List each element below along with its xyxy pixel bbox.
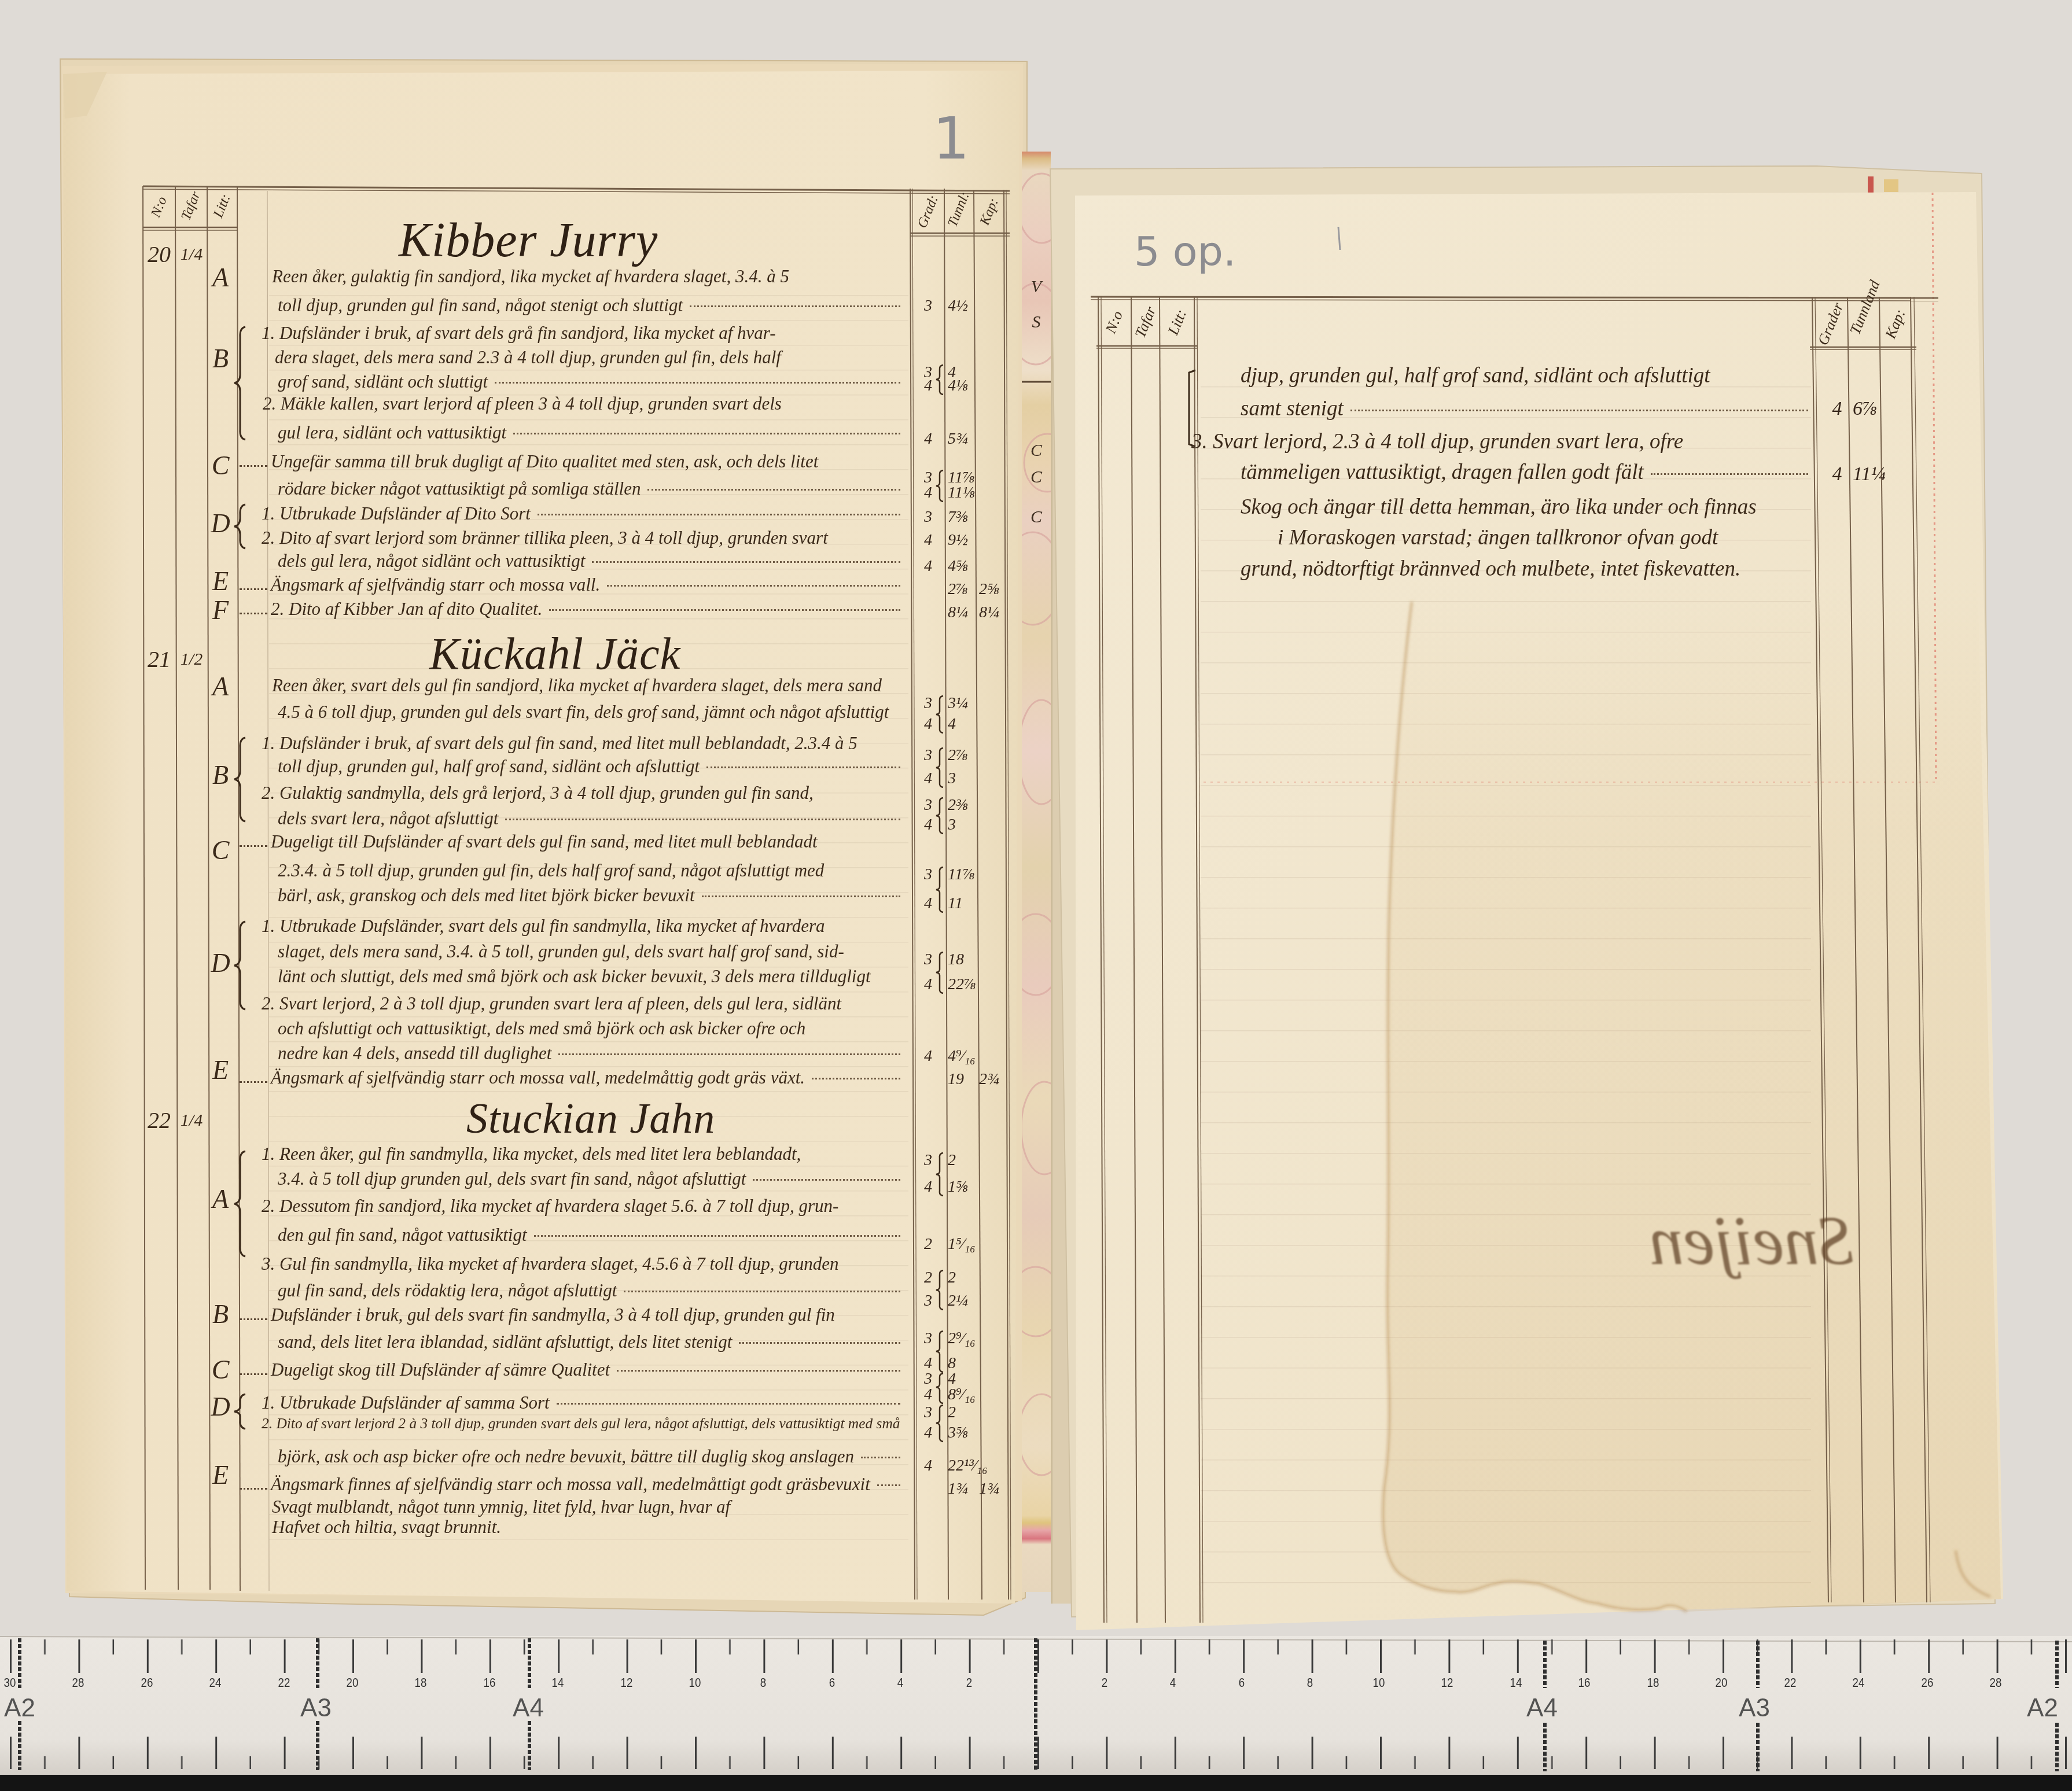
litt-letter: A <box>206 1183 235 1215</box>
litt-letter: E <box>206 1054 235 1086</box>
text-line: länt och sluttigt, dels med små björk oc… <box>278 964 900 989</box>
kap-value: 2¾ <box>979 1070 999 1089</box>
text-line: 2. Dito af Kibber Jan af dito Qualitet. <box>271 596 900 622</box>
dotted-leader <box>505 819 900 820</box>
ruler-number: 8 <box>753 1675 773 1690</box>
line-text: 2. Dito af svart lerjord som bränner til… <box>262 525 828 551</box>
dotted-leader <box>1350 410 1808 411</box>
dotted-leader <box>624 1291 900 1292</box>
tunnl-value: 9½ <box>948 530 968 550</box>
leader-dashes <box>240 588 267 590</box>
grad-value: 4 <box>919 376 937 396</box>
text-line: toll djup, grunden gul fin sand, något s… <box>278 293 900 318</box>
section-number: 22 <box>142 1106 176 1135</box>
tunnl-value: 1⁵⁄₁₆ <box>948 1234 976 1254</box>
tunnl-value: 2⅜ <box>948 795 968 815</box>
tunnl-value: 19 <box>948 1070 964 1089</box>
text-line: Ängsmark af sjelfvändig starr och mossa … <box>271 572 900 598</box>
tunnl-value: 2⅞ <box>948 746 968 765</box>
leader-dashes <box>240 1318 267 1320</box>
line-text: den gul fin sand, något vattusiktigt <box>278 1222 527 1248</box>
paper-format-label: A4 <box>1519 1694 1565 1723</box>
text-line: 1. Utbrukade Dufsländer af Dito Sort <box>262 501 900 526</box>
line-text: dels gul lera, något sidlänt och vattusi… <box>278 548 585 574</box>
ruler-number: 20 <box>343 1675 362 1690</box>
text-line: 3. Gul fin sandmylla, lika mycket af hva… <box>262 1251 900 1277</box>
grad-value: 4 <box>919 894 937 913</box>
line-text: Ängsmark finnes af sjelfvändig starr och… <box>271 1472 870 1497</box>
text-line: nedre kan 4 dels, ansedd till duglighet <box>278 1041 900 1066</box>
litt-letter: E <box>206 565 235 598</box>
leader-dashes <box>240 1081 267 1083</box>
dotted-leader <box>557 1403 900 1405</box>
tunnl-value: 4⅛ <box>948 376 968 396</box>
text-line: 2. Gulaktig sandmylla, dels grå lerjord,… <box>262 780 900 806</box>
tunnl-value: 3⅝ <box>948 1423 968 1443</box>
grad-value: 2 <box>919 1234 937 1254</box>
grad-value: 4 <box>919 714 937 734</box>
tunnl-value: 2⅞ <box>948 580 968 599</box>
dotted-leader <box>617 1370 900 1372</box>
ruler-number: 28 <box>1986 1675 2005 1690</box>
text-line: Reen åker, gulaktig fin sandjord, lika m… <box>272 264 900 289</box>
litt-letter: C <box>206 449 235 482</box>
line-text: 2. Svart lerjord, 2 à 3 toll djup, grund… <box>262 991 841 1016</box>
paper-format-label: A2 <box>2019 1694 2066 1723</box>
map-label: C <box>1028 507 1045 528</box>
kap-value: 2⅝ <box>979 580 999 599</box>
text-line: björk, ask och asp bicker ofre och nedre… <box>278 1444 900 1469</box>
line-text: 2. Dito af Kibber Jan af dito Qualitet. <box>271 596 542 622</box>
text-line: 1. Utbrukade Dufsländer, svart dels gul … <box>262 913 900 939</box>
text-line: Ängsmark finnes af sjelfvändig starr och… <box>271 1472 900 1497</box>
paper-format-label: A3 <box>1731 1694 1777 1723</box>
line-text: gul lera, sidlänt och vattusiktigt <box>278 420 506 445</box>
line-text: Dufsländer i bruk, gul dels svart fin sa… <box>271 1302 835 1328</box>
litt-letter: A <box>206 261 235 294</box>
text-line: 2. Mäkle kallen, svart lerjord af pleen … <box>263 391 900 417</box>
ruler-number: 6 <box>1232 1675 1252 1690</box>
grad-value: 4 <box>919 1385 937 1405</box>
tunnl-value: 2⁹⁄₁₆ <box>948 1329 976 1348</box>
grad-value: 4 <box>919 530 937 550</box>
tunnl-value: 2 <box>948 1268 956 1288</box>
grad-value: 4 <box>919 769 937 788</box>
pencil-note: 5 op. <box>1134 229 1236 275</box>
litt-letter: B <box>206 342 235 375</box>
ruler-number: 26 <box>137 1675 157 1690</box>
tunnl-value: 4⅝ <box>948 557 968 576</box>
text-line: Dugeligt skog till Dufsländer af sämre Q… <box>271 1357 900 1383</box>
ruler-number: 4 <box>890 1675 910 1690</box>
line-text: 3. Svart lerjord, 2.3 à 4 toll djup, gru… <box>1191 428 1683 456</box>
dotted-leader <box>592 561 900 563</box>
tunnl-value: 4 <box>948 714 956 734</box>
line-text: länt och sluttigt, dels med små björk oc… <box>278 964 871 989</box>
text-line: 1. Dufsländer i bruk, af svart dels gul … <box>262 731 900 756</box>
ruler-number: 24 <box>205 1675 225 1690</box>
text-line: grund, nödtorftigt brännved och mulbete,… <box>1241 555 1808 584</box>
tunnl-value: 22¹³⁄₁₆ <box>948 1456 988 1476</box>
line-text: bärl, ask, granskog och dels med litet b… <box>278 883 695 908</box>
line-text: Hafvet och hiltia, svagt brunnit. <box>272 1514 501 1540</box>
dotted-leader <box>534 1235 900 1237</box>
line-text: 2. Mäkle kallen, svart lerjord af pleen … <box>263 391 782 417</box>
line-text: björk, ask och asp bicker ofre och nedre… <box>278 1444 854 1469</box>
grad-value: 4 <box>1827 463 1847 486</box>
tunnl-value: 2 <box>948 1151 956 1170</box>
line-text: dera slaget, dels mera sand 2.3 à 4 toll… <box>275 345 781 370</box>
text-line: slaget, dels mera sand, 3.4. à 5 toll, g… <box>278 939 900 964</box>
line-text: 2. Dessutom fin sandjord, lika mycket af… <box>262 1193 838 1219</box>
dotted-leader <box>877 1484 900 1486</box>
text-line: Ungefär samma till bruk dugligt af Dito … <box>271 449 900 474</box>
grad-value: 3 <box>919 296 937 316</box>
kap-value: 8¼ <box>979 603 999 622</box>
text-line: samt stenigt <box>1241 395 1808 423</box>
text-line: Reen åker, svart dels gul fin sandjord, … <box>272 673 900 698</box>
line-text: djup, grunden gul, half grof sand, sidlä… <box>1241 362 1710 390</box>
ruler-number: 2 <box>959 1675 979 1690</box>
line-text: 2. Dito af svart lerjord 2 à 3 toll djup… <box>262 1411 900 1436</box>
tunnl-value: 2 <box>948 1403 956 1423</box>
tunnl-value: 3¼ <box>948 694 968 713</box>
leader-dashes <box>240 613 267 614</box>
ruler-number: 4 <box>1163 1675 1183 1690</box>
line-text: 3.4. à 5 toll djup grunden gul, dels sva… <box>278 1166 746 1192</box>
scanner-bed-edge <box>0 1775 2072 1791</box>
grad-value: 2 <box>919 1268 937 1288</box>
grad-value: 3 <box>919 1291 937 1311</box>
line-text: slaget, dels mera sand, 3.4. à 5 toll, g… <box>278 939 844 964</box>
ruler-number: 18 <box>1643 1675 1663 1690</box>
text-line: Ängsmark af sjelfvändig starr och mossa … <box>271 1065 900 1090</box>
text-line: 2. Svart lerjord, 2 à 3 toll djup, grund… <box>262 991 900 1016</box>
grad-value: 4 <box>919 1177 937 1197</box>
dotted-leader <box>549 609 900 611</box>
text-line: 2. Dito af svart lerjord som bränner til… <box>262 525 900 551</box>
ruler-number: 2 <box>1095 1675 1114 1690</box>
ruler-number: 20 <box>1712 1675 1731 1690</box>
tunnl-value: 6⅞ <box>1853 397 1878 421</box>
dotted-leader <box>739 1342 900 1344</box>
ruler-number: 10 <box>1369 1675 1389 1690</box>
text-line: 4.5 à 6 toll djup, grunden gul dels svar… <box>278 699 900 725</box>
grad-value: 4 <box>1827 397 1847 421</box>
text-line: 2.3.4. à 5 toll djup, grunden gul fin, d… <box>278 858 900 883</box>
section-number: 20 <box>142 240 176 269</box>
ruler-number: 12 <box>1437 1675 1457 1690</box>
dotted-leader <box>706 766 900 768</box>
litt-letter: B <box>206 759 235 791</box>
grad-value: 3 <box>919 1151 937 1170</box>
dotted-leader <box>753 1179 900 1181</box>
tunnl-value: 2¼ <box>948 1291 968 1311</box>
text-line: Dufsländer i bruk, gul dels svart fin sa… <box>271 1302 900 1328</box>
grad-value: 4 <box>919 815 937 835</box>
text-line: dera slaget, dels mera sand 2.3 à 4 toll… <box>275 345 900 370</box>
ruler-number: 18 <box>411 1675 430 1690</box>
text-line: 1. Dufsländer i bruk, af svart dels grå … <box>262 320 900 346</box>
pencil-page-number: 1 <box>933 107 970 171</box>
litt-letter: D <box>206 947 235 979</box>
map-label: C <box>1028 440 1045 461</box>
tunnl-value: 18 <box>948 950 964 970</box>
paper-format-label: A4 <box>505 1694 551 1723</box>
line-text: 1. Utbrukade Dufsländer, svart dels gul … <box>262 913 825 939</box>
ruler-number: 14 <box>1506 1675 1526 1690</box>
section-title: Stuckian Jahn <box>466 1090 715 1148</box>
line-text: sand, dels litet lera iblandad, sidlänt … <box>278 1329 732 1355</box>
line-text: Dugeligt till Dufsländer af svart dels g… <box>271 829 818 854</box>
line-text: Reen åker, gulaktig fin sandjord, lika m… <box>272 264 789 289</box>
grad-value: 4 <box>919 557 937 576</box>
tunnl-value: 3 <box>948 815 956 835</box>
tunnl-value: 11¼ <box>1853 463 1886 486</box>
tunnl-value: 11⅞ <box>948 865 975 885</box>
dotted-leader <box>812 1078 900 1079</box>
text-line: gul fin sand, dels rödaktig lera, något … <box>278 1278 900 1303</box>
text-line: gul lera, sidlänt och vattusiktigt <box>278 420 900 445</box>
ruler-number: 26 <box>1918 1675 1937 1690</box>
ruler-number: 24 <box>1849 1675 1868 1690</box>
dotted-leader <box>861 1457 900 1458</box>
line-text: rödare bicker något vattusiktigt på soml… <box>278 476 641 502</box>
text-line: tämmeligen vattusiktigt, dragen fallen g… <box>1241 458 1808 487</box>
line-text: 3. Gul fin sandmylla, lika mycket af hva… <box>262 1251 839 1277</box>
ruler-number: 30 <box>0 1675 20 1690</box>
grad-value: 3 <box>919 507 937 527</box>
grad-value: 4 <box>919 429 937 449</box>
line-text: 2.3.4. à 5 toll djup, grunden gul fin, d… <box>278 858 824 883</box>
ruler-number: 10 <box>685 1675 705 1690</box>
line-text: Dugeligt skog till Dufsländer af sämre Q… <box>271 1357 610 1383</box>
line-text: toll djup, grunden gul fin sand, något s… <box>278 293 683 318</box>
text-line: och afsluttigt och vattusiktigt, dels me… <box>278 1016 900 1041</box>
text-line: i Moraskogen varstad; ängen tallkronor o… <box>1278 524 1808 552</box>
line-text: tämmeligen vattusiktigt, dragen fallen g… <box>1241 458 1644 487</box>
text-line: 2. Dessutom fin sandjord, lika mycket af… <box>262 1193 900 1219</box>
tunnl-value: 4⁹⁄₁₆ <box>948 1046 976 1066</box>
grad-value: 3 <box>919 746 937 765</box>
leader-dashes <box>240 845 267 847</box>
grad-value: 4 <box>919 975 937 994</box>
text-line: rödare bicker något vattusiktigt på soml… <box>278 476 900 502</box>
tunnl-value: 1⅝ <box>948 1177 968 1197</box>
line-text: dels svart lera, något afsluttigt <box>278 806 498 831</box>
dotted-leader <box>538 514 900 515</box>
text-line: sand, dels litet lera iblandad, sidlänt … <box>278 1329 900 1355</box>
ruler-number: 6 <box>822 1675 842 1690</box>
text-line: dels gul lera, något sidlänt och vattusi… <box>278 548 900 574</box>
litt-letter: F <box>206 594 235 627</box>
section-number: 21 <box>142 645 176 674</box>
text-line: den gul fin sand, något vattusiktigt <box>278 1222 900 1248</box>
water-stain <box>1383 578 2001 1612</box>
section-share: 1/4 <box>176 243 207 266</box>
dotted-leader <box>607 585 900 587</box>
grad-value: 3 <box>919 1329 937 1348</box>
line-text: i Moraskogen varstad; ängen tallkronor o… <box>1278 524 1718 552</box>
grad-value: 3 <box>919 865 937 885</box>
litt-letter: A <box>206 670 235 703</box>
dotted-leader <box>647 489 900 491</box>
tunnl-value: 22⅞ <box>948 975 976 994</box>
line-text: 1. Reen åker, gul fin sandmylla, lika my… <box>262 1141 801 1167</box>
ruler-number: 28 <box>68 1675 88 1690</box>
text-line: 1. Reen åker, gul fin sandmylla, lika my… <box>262 1141 900 1167</box>
tunnl-value: 1¾ <box>948 1479 968 1499</box>
map-label: V <box>1028 277 1045 297</box>
line-text: Ängsmark af sjelfvändig starr och mossa … <box>271 572 600 598</box>
dotted-leader <box>1651 473 1808 475</box>
text-line: Dugeligt till Dufsländer af svart dels g… <box>271 829 900 854</box>
grad-value: 4 <box>919 1046 937 1066</box>
text-line: djup, grunden gul, half grof sand, sidlä… <box>1241 362 1808 390</box>
text-line: Skog och ängar till detta hemman, äro li… <box>1241 493 1808 522</box>
dotted-leader <box>513 433 900 434</box>
dotted-leader <box>558 1053 900 1055</box>
grad-value: 3 <box>919 1403 937 1423</box>
text-line: dels svart lera, något afsluttigt <box>278 806 900 831</box>
litt-letter: D <box>206 1391 235 1423</box>
ruler-number: 14 <box>548 1675 568 1690</box>
tunnl-value: 8¼ <box>948 603 968 622</box>
litt-letter: C <box>206 834 235 867</box>
grad-value: 3 <box>919 950 937 970</box>
line-text: grund, nödtorftigt brännved och mulbete,… <box>1241 555 1740 584</box>
map-label: C <box>1028 467 1045 488</box>
paper-format-label: A3 <box>293 1694 339 1723</box>
line-text: 1. Dufsländer i bruk, af svart dels grå … <box>262 320 776 346</box>
grad-value: 4 <box>919 483 937 503</box>
leader-dashes <box>240 465 267 467</box>
leader-dashes <box>240 1373 267 1375</box>
dotted-leader <box>702 895 900 897</box>
ruler-number: 22 <box>274 1675 294 1690</box>
text-line: toll djup, grunden gul, half grof sand, … <box>278 754 900 779</box>
kap-value: 1¾ <box>979 1479 999 1499</box>
map-label: S <box>1028 312 1045 333</box>
line-text: 2. Gulaktig sandmylla, dels grå lerjord,… <box>262 780 814 806</box>
tunnl-value: 8⁹⁄₁₆ <box>948 1385 976 1405</box>
line-text: nedre kan 4 dels, ansedd till duglighet <box>278 1041 551 1066</box>
text-line: Hafvet och hiltia, svagt brunnit. <box>272 1514 900 1540</box>
litt-letter: C <box>206 1354 235 1386</box>
text-line: 2. Dito af svart lerjord 2 à 3 toll djup… <box>262 1411 900 1436</box>
dotted-leader <box>690 305 900 307</box>
ruler-number: 12 <box>617 1675 636 1690</box>
text-line: 3.4. à 5 toll djup grunden gul, dels sva… <box>278 1166 900 1192</box>
line-text: Ungefär samma till bruk dugligt af Dito … <box>271 449 818 474</box>
text-line: 3. Svart lerjord, 2.3 à 4 toll djup, gru… <box>1191 428 1808 456</box>
ruler-number: 22 <box>1780 1675 1800 1690</box>
line-text: 4.5 à 6 toll djup, grunden gul dels svar… <box>278 699 889 725</box>
section-title: Kibber Jurry <box>399 212 658 270</box>
line-text: toll djup, grunden gul, half grof sand, … <box>278 754 700 779</box>
litt-letter: E <box>206 1459 235 1491</box>
line-text: 1. Utbrukade Dufsländer af Dito Sort <box>262 501 531 526</box>
tunnl-value: 11 <box>948 894 963 913</box>
litt-letter: D <box>206 507 235 540</box>
tunnl-value: 4½ <box>948 296 968 316</box>
line-text: Ängsmark af sjelfvändig starr och mossa … <box>271 1065 805 1090</box>
grad-value: 3 <box>919 795 937 815</box>
ruler-number: 16 <box>1574 1675 1594 1690</box>
tunnl-value: 11⅛ <box>948 483 975 503</box>
line-text: Skog och ängar till detta hemman, äro li… <box>1241 493 1757 522</box>
section-share: 1/4 <box>176 1109 207 1132</box>
litt-letter: B <box>206 1298 235 1331</box>
paper-format-label: A2 <box>0 1694 43 1723</box>
leader-dashes <box>240 1488 267 1490</box>
line-text: samt stenigt <box>1241 395 1344 423</box>
tunnl-value: 3 <box>948 769 956 788</box>
tunnl-value: 7⅜ <box>948 507 968 527</box>
section-share: 1/2 <box>176 648 207 671</box>
line-text: Reen åker, svart dels gul fin sandjord, … <box>272 673 882 698</box>
line-text: och afsluttigt och vattusiktigt, dels me… <box>278 1016 805 1041</box>
ruler-number: 16 <box>480 1675 499 1690</box>
tunnl-value: 5¾ <box>948 429 968 449</box>
grad-value: 3 <box>919 694 937 713</box>
line-text: gul fin sand, dels rödaktig lera, något … <box>278 1278 617 1303</box>
ruler-number: 8 <box>1300 1675 1320 1690</box>
line-text: 1. Dufsländer i bruk, af svart dels gul … <box>262 731 857 756</box>
scanned-document-view: 1 N:o Tafar Litt: Grad: Tunnl: Kap: 20 1… <box>0 0 2072 1791</box>
grad-value: 4 <box>919 1456 937 1476</box>
grad-value: 4 <box>919 1423 937 1443</box>
bleed-through-text: Sneijen <box>1649 1200 1853 1281</box>
text-line: bärl, ask, granskog och dels med litet b… <box>278 883 900 908</box>
dotted-leader <box>495 382 900 384</box>
